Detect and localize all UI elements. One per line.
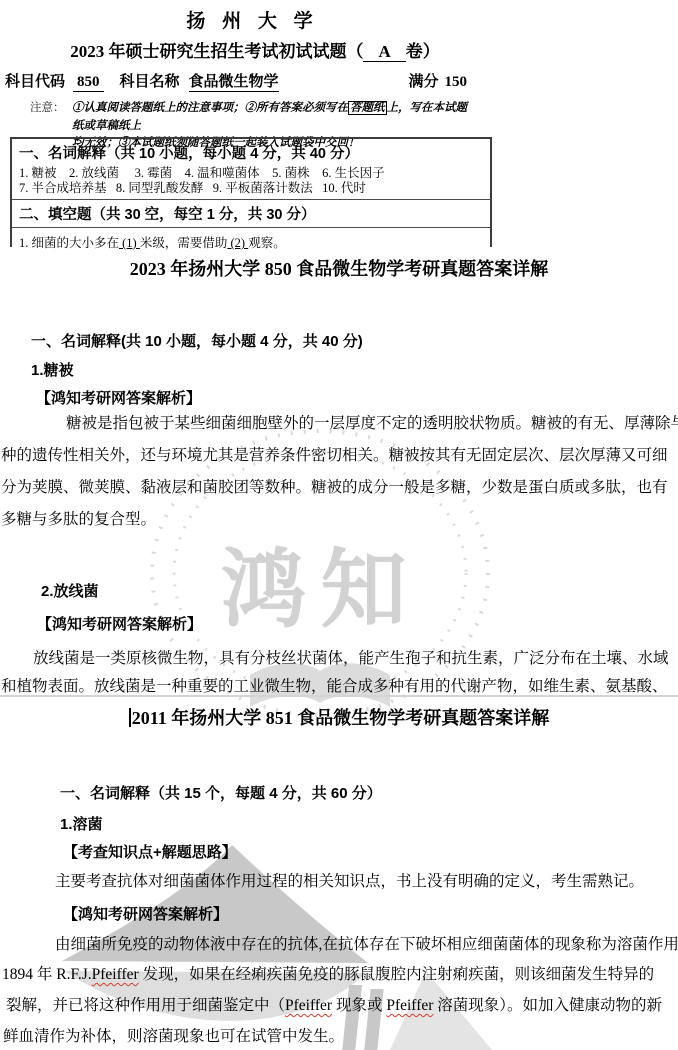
- box-section2-heading: 二、填空题（共 30 空，每空 1 分，共 30 分）: [12, 199, 490, 228]
- answer-line: 多糖与多肽的复合型。: [1, 509, 156, 530]
- text-cursor: [129, 708, 131, 727]
- answer-tag-1: 【鸿知考研网答案解析】: [36, 387, 201, 408]
- answer-line: 1894 年 R.F.J.Pfeiffer 发现，如果在经痢疾菌免疫的豚鼠腹腔内…: [2, 964, 654, 985]
- page-divider: [0, 695, 678, 697]
- fill-mid: 米级，需要借助: [140, 236, 228, 250]
- document-page: 鸿知 扬 州 大 学 2023 年硕士研究生招生考试初试试题（A卷） 科目代码 …: [0, 0, 678, 1050]
- doc-title-2023: 2023 年扬州大学 850 食品微生物学考研真题答案详解: [0, 255, 678, 281]
- fill-blank-1: (1): [119, 236, 140, 250]
- answer-line: 由细菌所免疫的动物体液中存在的抗体,在抗体存在下破坏相应细菌菌体的现象称为溶菌作…: [55, 934, 678, 955]
- answer-line: 种的遗传性相关外，还与环境尤其是营养条件密切相关。糖被按其有无固定层次、层次厚薄…: [1, 445, 668, 466]
- fill-in-question: 1. 细菌的大小多在 (1) 米级，需要借助 (2) 观察。: [12, 228, 490, 251]
- answer-line: 裂解，并已将这种作用用于细菌鉴定中（Pfeiffer 现象或 Pfeiffer …: [6, 995, 662, 1016]
- exam-title-post: 卷）: [406, 42, 440, 61]
- answer-line-segment: 现象或: [332, 997, 386, 1014]
- full-score-label: 满分: [408, 70, 438, 91]
- notice-boxed-word: 答题纸: [348, 101, 387, 115]
- think-tag: 【考查知识点+解题思路】: [63, 841, 237, 862]
- full-score-value: 150: [445, 74, 468, 91]
- question-box: 一、名词解释（共 10 小题，每小题 4 分，共 40 分） 1. 糖被 2. …: [10, 137, 492, 247]
- fill-blank-2: (2): [227, 236, 248, 250]
- misspelled-word: Pfeiffer: [285, 997, 332, 1014]
- subject-row: 科目代码 850 科目名称 食品微生物学 满分 150: [5, 70, 467, 92]
- subject-name-label: 科目名称: [120, 70, 180, 91]
- subject-code-label: 科目代码: [5, 70, 65, 91]
- notice-line1-pre: ①认真阅读答题纸上的注意事项；②所有答案必须写在: [72, 102, 348, 114]
- box-section1-heading: 一、名词解释（共 10 小题，每小题 4 分，共 40 分）: [12, 139, 490, 166]
- fill-pre: 1. 细菌的大小多在: [19, 236, 119, 250]
- exam-title: 2023 年硕士研究生招生考试初试试题（A卷）: [0, 37, 510, 62]
- question-label-tangbei: 1.糖被: [31, 359, 74, 380]
- term-list-line1: 1. 糖被 2. 放线菌 3. 霉菌 4. 温和噬菌体 5. 菌株 6. 生长因…: [12, 166, 490, 181]
- doc-title-2011: 2011 年扬州大学 851 食品微生物学考研真题答案详解: [0, 704, 678, 730]
- misspelled-word: Pfeiffer: [92, 966, 139, 983]
- doc-title-2011-text: 2011 年扬州大学 851 食品微生物学考研真题答案详解: [132, 708, 550, 728]
- term-list-line2: 7. 半合成培养基 8. 同型乳酸发酵 9. 平板菌落计数法 10. 代时: [12, 181, 490, 196]
- subject-name-value: 食品微生物学: [189, 70, 279, 92]
- section-heading-2023: 一、名词解释(共 10 小题，每小题 4 分，共 40 分): [31, 330, 363, 351]
- answer-line: 糖被是指包被于某些细菌细胞壁外的一层厚度不定的透明胶状物质。糖被的有无、厚薄除与…: [66, 413, 678, 434]
- answer-line: 鲜血清作为补体，则溶菌现象也可在试管中发生。: [3, 1026, 344, 1047]
- university-name: 扬 州 大 学: [0, 6, 505, 33]
- watermark-brand-text: 鸿知: [178, 520, 463, 644]
- answer-tag-2: 【鸿知考研网答案解析】: [37, 613, 202, 634]
- subject-code-value: 850: [73, 74, 104, 92]
- misspelled-word: Pfeiffer: [386, 997, 433, 1014]
- fill-post: 观察。: [248, 236, 286, 250]
- answer-line: 分为荚膜、微荚膜、黏液层和菌胶团等数种。糖被的成分一般是多糖，少数是蛋白质或多肽…: [1, 477, 668, 498]
- answer-line-segment: 溶菌现象）。如加入健康动物的新: [433, 997, 662, 1014]
- answer-line-segment: 1894 年 R.F.J.: [2, 966, 92, 983]
- think-text: 主要考查抗体对细菌菌体作用过程的相关知识点，书上没有明确的定义，考生需熟记。: [55, 871, 644, 892]
- question-label-rongjun: 1.溶菌: [60, 813, 103, 834]
- answer-tag-3: 【鸿知考研网答案解析】: [63, 903, 228, 924]
- exam-title-pre: 2023 年硕士研究生招生考试初试试题（: [70, 42, 363, 61]
- paper-letter: A: [363, 42, 405, 62]
- answer-line-segment: 发现，如果在经痢疾菌免疫的豚鼠腹腔内注射痢疾菌，则该细菌发生特异的: [139, 966, 654, 983]
- answer-line-segment: 裂解，并已将这种作用用于细菌鉴定中（: [6, 997, 285, 1014]
- answer-line: 和植物表面。放线菌是一种重要的工业微生物，能合成多种有用的代谢产物，如维生素、氨…: [1, 676, 668, 697]
- question-label-fangxianjun: 2.放线菌: [41, 580, 99, 601]
- answer-line: 放线菌是一类原核微生物，具有分枝丝状菌体，能产生孢子和抗生素，广泛分布在土壤、水…: [33, 648, 669, 669]
- section-heading-2011: 一、名词解释（共 15 个，每题 4 分，共 60 分）: [60, 782, 382, 803]
